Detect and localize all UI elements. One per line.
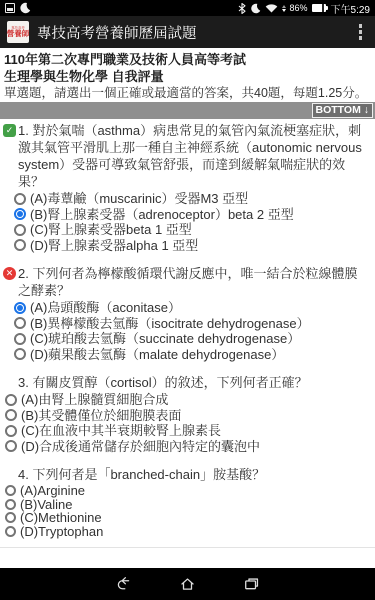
option-label: (A)由腎上腺髓質細胞合成 bbox=[21, 392, 168, 408]
radio-unselected[interactable] bbox=[14, 193, 26, 205]
answer-option[interactable]: (A)毒蕈鹼（muscarinic）受器M3 亞型 bbox=[14, 191, 369, 207]
exam-content[interactable]: 110年第二次專門職業及技術人員高等考試 生理學與生物化學 自我評量 單選題，請… bbox=[0, 48, 375, 548]
radio-selected[interactable] bbox=[14, 208, 26, 220]
app-title: 專技高考營養師歷屆試題 bbox=[37, 22, 345, 43]
question-item: 4. 下列何者是「branched-chain」胺基酸？(A)Arginine(… bbox=[3, 466, 369, 538]
option-label: (C)Methionine bbox=[20, 511, 102, 525]
question-list: ✓1. 對於氣喘（asthma）病患常見的氣管內氣流梗塞症狀，刺激其氣管平滑肌上… bbox=[0, 122, 375, 548]
option-list: (A)由腎上腺髓質細胞合成(B)其受體僅位於細胞膜表面(C)在血液中其半衰期較腎… bbox=[5, 392, 369, 454]
exam-instructions: 單選題，請選出一個正確或最適當的答案，共40題，每題1.25分。 bbox=[4, 85, 370, 101]
question-item: 3. 有關皮質醇（cortisol）的敘述，下列何者正確？(A)由腎上腺髓質細胞… bbox=[3, 374, 369, 454]
radio-unselected[interactable] bbox=[5, 425, 17, 437]
exam-header: 110年第二次專門職業及技術人員高等考試 生理學與生物化學 自我評量 單選題，請… bbox=[0, 48, 375, 101]
question-text: 3. 有關皮質醇（cortisol）的敘述，下列何者正確？ bbox=[18, 374, 369, 391]
correct-answer-icon: ✓ bbox=[3, 124, 16, 137]
radio-unselected[interactable] bbox=[5, 485, 16, 496]
app-logo-top-text: 專技高考 bbox=[11, 27, 25, 30]
answer-option[interactable]: (A)由腎上腺髓質細胞合成 bbox=[5, 392, 369, 408]
option-list: (A)烏頭酸酶（aconitase）(B)異檸檬酸去氫酶（isocitrate … bbox=[14, 300, 369, 362]
recent-apps-icon[interactable] bbox=[243, 576, 260, 592]
answer-option[interactable]: (D)腎上腺素受器alpha 1 亞型 bbox=[14, 238, 369, 254]
option-label: (D)蘋果酸去氫酶（malate dehydrogenase） bbox=[30, 347, 284, 363]
answer-option[interactable]: (B)Valine bbox=[5, 498, 369, 512]
radio-unselected[interactable] bbox=[14, 317, 26, 329]
radio-unselected[interactable] bbox=[14, 333, 26, 345]
option-label: (B)異檸檬酸去氫酶（isocitrate dehydrogenase） bbox=[30, 316, 310, 332]
battery-icon bbox=[312, 4, 326, 12]
question-text: 1. 對於氣喘（asthma）病患常見的氣管內氣流梗塞症狀，刺激其氣管平滑肌上那… bbox=[18, 122, 369, 190]
option-list: (A)Arginine(B)Valine(C)Methionine(D)Tryp… bbox=[5, 484, 369, 538]
phone-screen: 86% 下午5:29 專技高考 營養師 專技高考營養師歷屆試題 110年第二次專… bbox=[0, 0, 375, 600]
answer-option[interactable]: (A)Arginine bbox=[5, 484, 369, 498]
option-label: (B)Valine bbox=[20, 498, 73, 512]
option-label: (D)腎上腺素受器alpha 1 亞型 bbox=[30, 238, 198, 254]
answer-option[interactable]: (A)烏頭酸酶（aconitase） bbox=[14, 300, 369, 316]
answer-option[interactable]: (C)腎上腺素受器beta 1 亞型 bbox=[14, 222, 369, 238]
radio-unselected[interactable] bbox=[5, 526, 16, 537]
status-bar: 86% 下午5:29 bbox=[0, 0, 375, 16]
option-label: (B)其受體僅位於細胞膜表面 bbox=[21, 408, 181, 424]
scroll-shortcut-bar: BOTTOM ↓ bbox=[0, 102, 375, 119]
option-label: (B)腎上腺素受器（adrenoceptor）beta 2 亞型 bbox=[30, 207, 294, 223]
app-logo: 專技高考 營養師 bbox=[7, 21, 29, 43]
question-item: ✓1. 對於氣喘（asthma）病患常見的氣管內氣流梗塞症狀，刺激其氣管平滑肌上… bbox=[3, 122, 369, 253]
answer-option[interactable]: (C)琥珀酸去氫酶（succinate dehydrogenase） bbox=[14, 331, 369, 347]
overflow-menu-icon[interactable] bbox=[353, 20, 369, 44]
question-text: 2. 下列何者為檸檬酸循環代謝反應中，唯一結合於粒線體膜之酵素？ bbox=[18, 265, 369, 299]
radio-unselected[interactable] bbox=[5, 394, 17, 406]
answer-option[interactable]: (B)腎上腺素受器（adrenoceptor）beta 2 亞型 bbox=[14, 207, 369, 223]
option-label: (A)烏頭酸酶（aconitase） bbox=[30, 300, 181, 316]
radio-unselected[interactable] bbox=[5, 499, 16, 510]
radio-unselected[interactable] bbox=[14, 348, 26, 360]
answer-option[interactable]: (B)其受體僅位於細胞膜表面 bbox=[5, 408, 369, 424]
night-mode-icon bbox=[19, 2, 31, 14]
app-bar: 專技高考 營養師 專技高考營養師歷屆試題 bbox=[0, 16, 375, 48]
option-label: (C)腎上腺素受器beta 1 亞型 bbox=[30, 222, 192, 238]
bluetooth-icon bbox=[238, 3, 246, 14]
radio-unselected[interactable] bbox=[5, 512, 16, 523]
answer-option[interactable]: (C)Methionine bbox=[5, 511, 369, 525]
screenshot-notification-icon bbox=[5, 3, 15, 13]
option-label: (D)Tryptophan bbox=[20, 525, 103, 539]
radio-unselected[interactable] bbox=[5, 440, 17, 452]
answer-option[interactable]: (B)異檸檬酸去氫酶（isocitrate dehydrogenase） bbox=[14, 316, 369, 332]
option-list: (A)毒蕈鹼（muscarinic）受器M3 亞型(B)腎上腺素受器（adren… bbox=[14, 191, 369, 253]
option-label: (A)Arginine bbox=[20, 484, 85, 498]
status-bar-left bbox=[5, 2, 31, 14]
back-button-icon[interactable] bbox=[115, 576, 132, 592]
battery-percent: 86% bbox=[290, 3, 308, 13]
option-label: (D)合成後通常儲存於細胞內特定的囊泡中 bbox=[21, 439, 260, 455]
android-nav-bar bbox=[0, 568, 375, 600]
app-logo-main-text: 營養師 bbox=[7, 30, 30, 38]
answer-option[interactable]: (D)合成後通常儲存於細胞內特定的囊泡中 bbox=[5, 439, 369, 455]
status-bar-clock: 下午5:29 bbox=[331, 1, 370, 16]
home-button-icon[interactable] bbox=[179, 576, 196, 592]
night-mode-icon bbox=[250, 3, 261, 14]
radio-unselected[interactable] bbox=[14, 224, 26, 236]
option-label: (A)毒蕈鹼（muscarinic）受器M3 亞型 bbox=[30, 191, 248, 207]
wifi-icon bbox=[265, 3, 278, 13]
option-label: (C)在血液中其半衰期較腎上腺素長 bbox=[21, 423, 221, 439]
answer-option[interactable]: (D)Tryptophan bbox=[5, 525, 369, 539]
radio-unselected[interactable] bbox=[5, 409, 17, 421]
wrong-answer-icon: ✕ bbox=[3, 267, 16, 280]
answer-option[interactable]: (C)在血液中其半衰期較腎上腺素長 bbox=[5, 423, 369, 439]
radio-selected[interactable] bbox=[14, 302, 26, 314]
data-arrows-icon bbox=[282, 5, 286, 12]
status-bar-right: 86% 下午5:29 bbox=[238, 1, 370, 16]
radio-unselected[interactable] bbox=[14, 239, 26, 251]
question-item: ✕2. 下列何者為檸檬酸循環代謝反應中，唯一結合於粒線體膜之酵素？(A)烏頭酸酶… bbox=[3, 265, 369, 362]
answer-option[interactable]: (D)蘋果酸去氫酶（malate dehydrogenase） bbox=[14, 347, 369, 363]
exam-title-line2: 生理學與生物化學 自我評量 bbox=[4, 68, 370, 85]
scroll-to-bottom-button[interactable]: BOTTOM ↓ bbox=[312, 103, 373, 118]
option-label: (C)琥珀酸去氫酶（succinate dehydrogenase） bbox=[30, 331, 300, 347]
question-text: 4. 下列何者是「branched-chain」胺基酸？ bbox=[18, 466, 369, 483]
exam-title-line1: 110年第二次專門職業及技術人員高等考試 bbox=[4, 51, 370, 68]
